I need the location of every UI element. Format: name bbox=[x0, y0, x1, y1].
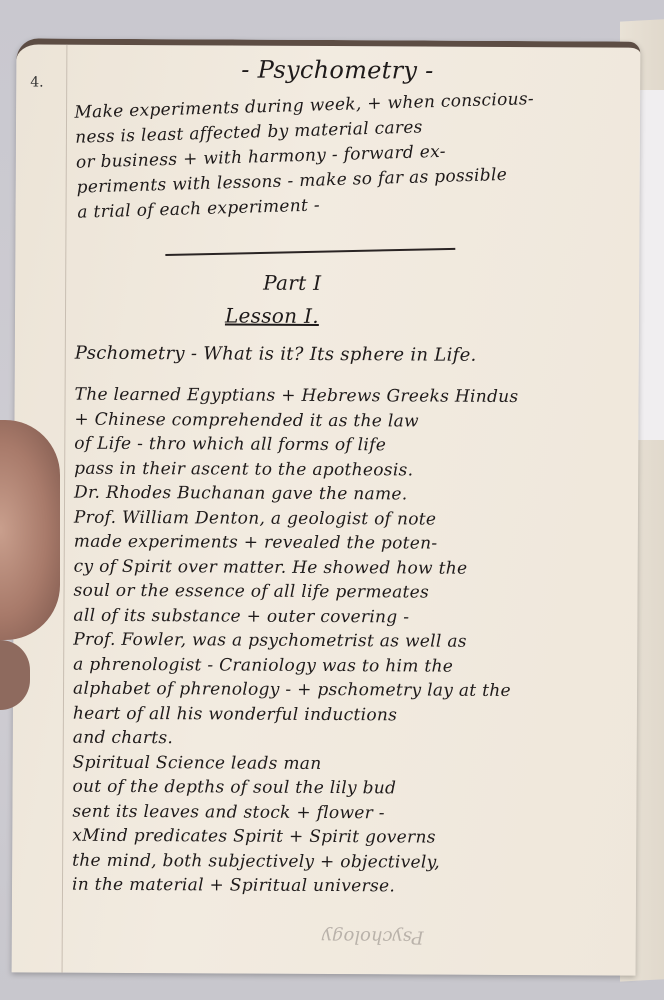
body-line: + Chinese comprehended it as the law bbox=[74, 407, 518, 434]
body-line: out of the depths of soul the lily bud bbox=[72, 775, 516, 802]
body-line: cy of Spirit over matter. He showed how … bbox=[74, 554, 518, 581]
body-line: made experiments + revealed the poten- bbox=[74, 530, 518, 557]
body-line: Spiritual Science leads man bbox=[73, 750, 517, 777]
body-line: heart of all his wonderful inductions bbox=[73, 701, 517, 728]
body-line: sent its leaves and stock + flower - bbox=[72, 799, 516, 826]
question-line: Pschometry - What is it? Its sphere in L… bbox=[75, 341, 477, 368]
body-line: xMind predicates Spirit + Spirit governs bbox=[72, 824, 516, 851]
body-paragraph: The learned Egyptians + Hebrews Greeks H… bbox=[72, 383, 519, 900]
margin-line bbox=[62, 45, 68, 973]
page-number: 4. bbox=[30, 74, 43, 90]
body-line: of Life - thro which all forms of life bbox=[74, 432, 518, 459]
body-line: Dr. Rhodes Buchanan gave the name. bbox=[74, 481, 518, 508]
body-line: in the material + Spiritual universe. bbox=[72, 873, 516, 900]
body-line: a phrenologist - Craniology was to him t… bbox=[73, 652, 517, 679]
part-heading: Part I bbox=[263, 271, 321, 295]
body-line: alphabet of phrenology - + pschometry la… bbox=[73, 677, 517, 704]
body-line: The learned Egyptians + Hebrews Greeks H… bbox=[75, 383, 519, 410]
page-title: - Psychometry - bbox=[241, 56, 433, 85]
bleedthrough-text: Psychology bbox=[322, 926, 424, 948]
body-line: soul or the essence of all life permeate… bbox=[73, 579, 517, 606]
body-line: the mind, both subjectively + objectivel… bbox=[72, 848, 516, 875]
notebook-page: 4. - Psychometry - Make experiments duri… bbox=[12, 38, 641, 975]
thumb bbox=[0, 420, 60, 640]
intro-paragraph: Make experiments during week, + when con… bbox=[74, 87, 537, 226]
section-divider bbox=[165, 248, 455, 256]
lesson-heading: Lesson I. bbox=[225, 303, 319, 327]
body-line: Prof. Fowler, was a psychometrist as wel… bbox=[73, 628, 517, 655]
body-line: all of its substance + outer covering - bbox=[73, 603, 517, 630]
body-line: Prof. William Denton, a geologist of not… bbox=[74, 505, 518, 532]
body-line: pass in their ascent to the apotheosis. bbox=[74, 456, 518, 483]
body-line: and charts. bbox=[73, 726, 517, 753]
